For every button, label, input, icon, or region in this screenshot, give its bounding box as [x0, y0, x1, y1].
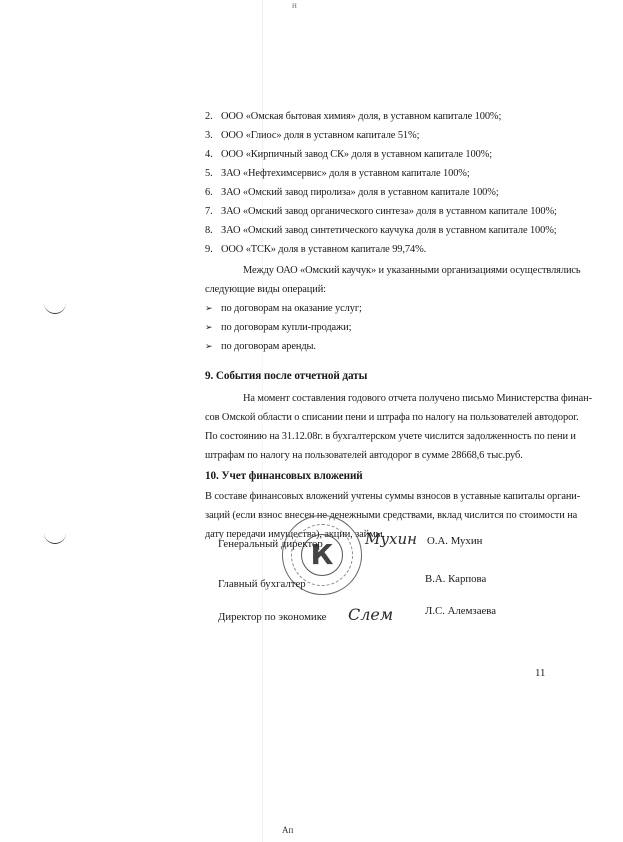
list-item: ➢по договорам на оказание услуг;: [205, 302, 362, 315]
signatory-role: Генеральный директор: [218, 538, 323, 550]
list-item: 4.ООО «Кирпичный завод СК» доля в уставн…: [205, 148, 492, 161]
handwritten-signature: Мухин: [365, 530, 417, 548]
paragraph-line: По состоянию на 31.12.08г. в бухгалтерск…: [205, 430, 565, 443]
section-heading: 9. События после отчетной даты: [205, 370, 367, 383]
list-item: 6.ЗАО «Омский завод пиролиза» доля в уст…: [205, 186, 499, 199]
bottom-handwritten-mark: Ап: [282, 825, 293, 835]
arrow-bullet-icon: ➢: [205, 340, 221, 353]
list-item: ➢по договорам купли-продажи;: [205, 321, 351, 334]
paragraph-line: сов Омской области о списании пени и штр…: [205, 411, 565, 424]
paragraph-line: штрафам по налогу на пользователей автод…: [205, 449, 523, 462]
top-mark: н: [292, 0, 297, 10]
paragraph-line: заций (если взнос внесен не денежными ср…: [205, 509, 565, 522]
list-item: 3.ООО «Глиос» доля в уставном капитале 5…: [205, 129, 419, 142]
page-number: 11: [535, 667, 545, 679]
list-item: 2.ООО «Омская бытовая химия» доля, в уст…: [205, 110, 501, 123]
signatory-name: В.А. Карпова: [425, 573, 486, 585]
operations-intro-line: следующие виды операций:: [205, 283, 326, 296]
section-heading: 10. Учет финансовых вложений: [205, 470, 363, 483]
signatory-name: Л.С. Алемзаева: [425, 605, 496, 617]
list-item: 8.ЗАО «Омский завод синтетического каучу…: [205, 224, 557, 237]
list-item: ➢по договорам аренды.: [205, 340, 316, 353]
document-page: н 2.ООО «Омская бытовая химия» доля, в у…: [0, 0, 623, 842]
handwritten-signature: Слем: [348, 605, 393, 624]
signatory-role: Директор по экономике: [218, 611, 326, 623]
list-item: 5.ЗАО «Нефтехимсервис» доля в уставном к…: [205, 167, 470, 180]
signatory-role: Главный бухгалтер: [218, 578, 306, 590]
list-item: 7.ЗАО «Омский завод органического синтез…: [205, 205, 557, 218]
punch-hole-mark: [44, 303, 66, 314]
punch-hole-mark: [44, 533, 66, 544]
paragraph-line: На момент составления годового отчета по…: [243, 392, 565, 405]
paragraph-line: В составе финансовых вложений учтены сум…: [205, 490, 565, 503]
signatory-name: О.А. Мухин: [427, 535, 482, 547]
operations-intro-line: Между ОАО «Омский каучук» и указанными о…: [243, 264, 565, 277]
arrow-bullet-icon: ➢: [205, 321, 221, 334]
arrow-bullet-icon: ➢: [205, 302, 221, 315]
list-item: 9.ООО «ТСК» доля в уставном капитале 99,…: [205, 243, 426, 256]
